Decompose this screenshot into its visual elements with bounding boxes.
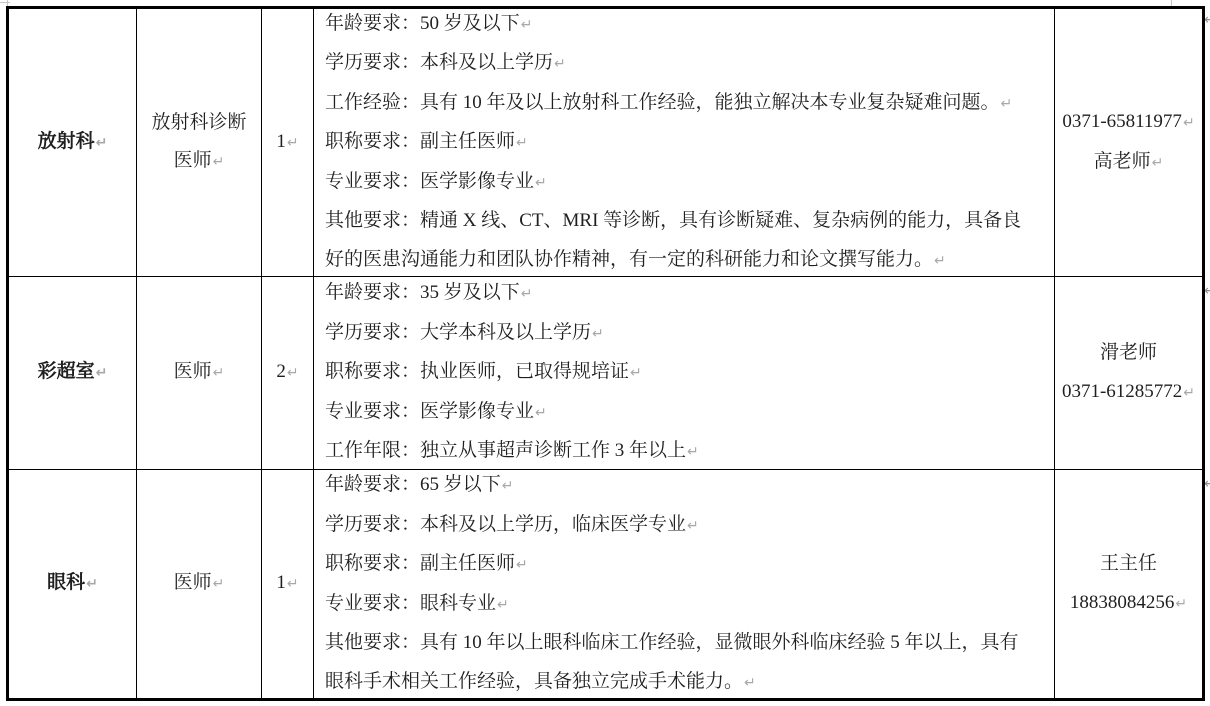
position-text: 医师 [174, 150, 212, 171]
requirement-line: 年龄要求：65 岁以下↵ [325, 470, 1048, 506]
contact-phone: 18838084256 [1070, 592, 1175, 613]
requirement-text: 专业要求：医学影像专业 [325, 171, 534, 192]
requirement-line: 学历要求：本科及以上学历，临床医学专业↵ [325, 506, 1048, 546]
contact-cell: 0371-65811977↵ 高老师↵ [1055, 9, 1202, 277]
paragraph-mark: ↵ [744, 675, 756, 691]
requirement-line: 专业要求：医学影像专业↵ [325, 393, 1048, 433]
requirements-cell: 年龄要求：50 岁及以下↵ 学历要求：本科及以上学历↵ 工作经验：具有 10 年… [314, 9, 1055, 277]
position-line: 放射科诊断 [151, 104, 246, 143]
requirement-text: 学历要求：大学本科及以上学历 [325, 322, 591, 343]
department-name: 彩超室↵ [38, 353, 108, 393]
paragraph-mark: ↵ [287, 135, 299, 151]
requirement-text: 职称要求：副主任医师 [325, 131, 515, 152]
paragraph-mark: ↵ [521, 286, 533, 302]
paragraph-mark: ↵ [502, 478, 514, 494]
requirement-text: 好的医患沟通能力和团队协作精神，有一定的科研能力和论文撰写能力。 [325, 249, 933, 270]
paragraph-mark: ↵ [96, 365, 108, 381]
paragraph-mark: ↵ [516, 135, 528, 151]
paragraph-mark: ↵ [86, 576, 98, 592]
margin-crop-mark-top-left-h [0, 2, 10, 3]
paragraph-mark: ↵ [516, 557, 528, 573]
requirement-text: 学历要求：本科及以上学历 [325, 52, 553, 73]
document-page: ↵ ↵ ↵ 放射科↵ 放射科诊断 医师↵ 1↵ 年龄要求：50 岁及以下↵ 学历… [0, 0, 1210, 706]
requirement-line: 专业要求：医学影像专业↵ [325, 163, 1048, 203]
requirement-text: 工作年限：独立从事超声诊断工作 3 年以上 [325, 440, 686, 461]
count-value: 2↵ [276, 353, 298, 393]
paragraph-mark: ↵ [1183, 115, 1195, 131]
contact-cell: 滑老师 0371-61285772↵ [1055, 277, 1202, 470]
requirement-text: 职称要求：执业医师，已取得规培证 [325, 361, 629, 382]
department-cell: 眼科↵ [9, 470, 137, 698]
requirement-line: 职称要求：副主任医师↵ [325, 123, 1048, 163]
requirement-text: 其他要求：精通 X 线、CT、MRI 等诊断，具有诊断疑难、复杂病例的能力，具备… [325, 210, 1021, 231]
requirement-text: 职称要求：副主任医师 [325, 553, 515, 574]
contact-person: 王主任 [1100, 553, 1157, 574]
count-cell: 1↵ [262, 470, 314, 698]
requirement-line: 其他要求：具有 10 年以上眼科临床工作经验，显微眼外科临床经验 5 年以上，具… [325, 624, 1048, 663]
requirement-line: 好的医患沟通能力和团队协作精神，有一定的科研能力和论文撰写能力。↵ [325, 241, 1048, 277]
requirement-text: 专业要求：医学影像专业 [325, 401, 534, 422]
paragraph-mark: ↵ [592, 326, 604, 342]
requirement-line: 其他要求：精通 X 线、CT、MRI 等诊断，具有诊断疑难、复杂病例的能力，具备… [325, 202, 1048, 241]
requirement-text: 年龄要求：50 岁及以下 [325, 13, 520, 34]
requirement-text: 学历要求：本科及以上学历，临床医学专业 [325, 514, 686, 535]
requirement-line: 眼科手术相关工作经验，具备独立完成手术能力。↵ [325, 663, 1048, 699]
requirements-cell: 年龄要求：65 岁以下↵ 学历要求：本科及以上学历，临床医学专业↵ 职称要求：副… [314, 470, 1055, 698]
department-text: 眼科 [47, 572, 85, 593]
department-name: 放射科↵ [38, 123, 108, 163]
contact-person: 滑老师 [1100, 342, 1157, 363]
requirement-line: 年龄要求：50 岁及以下↵ [325, 9, 1048, 44]
position-text: 医师 [174, 572, 212, 593]
recruitment-table: 放射科↵ 放射科诊断 医师↵ 1↵ 年龄要求：50 岁及以下↵ 学历要求：本科及… [6, 6, 1205, 701]
count-value: 1↵ [276, 123, 298, 163]
position-line: 医师↵ [174, 353, 225, 393]
department-name: 眼科↵ [47, 564, 98, 604]
department-cell: 放射科↵ [9, 9, 137, 277]
paragraph-mark: ↵ [687, 518, 699, 534]
contact-phone: 0371-65811977 [1062, 111, 1182, 132]
requirement-line: 职称要求：执业医师，已取得规培证↵ [325, 353, 1048, 393]
count-value: 1↵ [276, 564, 298, 604]
requirements-cell: 年龄要求：35 岁及以下↵ 学历要求：大学本科及以上学历↵ 职称要求：执业医师，… [314, 277, 1055, 470]
requirement-line: 学历要求：本科及以上学历↵ [325, 44, 1048, 84]
requirement-line: 年龄要求：35 岁及以下↵ [325, 277, 1048, 314]
contact-line: 滑老师 [1100, 334, 1157, 373]
paragraph-mark: ↵ [287, 365, 299, 381]
count-text: 2 [276, 361, 286, 382]
paragraph-mark: ↵ [1175, 596, 1187, 612]
paragraph-mark: ↵ [213, 365, 225, 381]
requirement-text: 专业要求：眼科专业 [325, 593, 496, 614]
paragraph-mark: ↵ [213, 154, 225, 170]
paragraph-mark: ↵ [521, 17, 533, 33]
position-cell: 医师↵ [137, 470, 262, 698]
paragraph-mark: ↵ [535, 175, 547, 191]
position-line: 医师↵ [174, 564, 225, 604]
requirement-line: 工作经验：具有 10 年及以上放射科工作经验，能独立解决本专业复杂疑难问题。↵ [325, 84, 1048, 124]
requirement-line: 职称要求：副主任医师↵ [325, 545, 1048, 585]
paragraph-mark: ↵ [535, 405, 547, 421]
requirement-text: 年龄要求：35 岁及以下 [325, 282, 520, 303]
paragraph-mark: ↵ [1152, 155, 1164, 171]
paragraph-mark: ↵ [213, 576, 225, 592]
contact-phone: 0371-61285772 [1062, 381, 1182, 402]
requirement-line: 学历要求：大学本科及以上学历↵ [325, 314, 1048, 354]
paragraph-mark: ↵ [630, 365, 642, 381]
requirement-line: 专业要求：眼科专业↵ [325, 585, 1048, 625]
contact-line: 0371-65811977↵ [1062, 103, 1194, 143]
paragraph-mark: ↵ [96, 135, 108, 151]
contact-cell: 王主任 18838084256↵ [1055, 470, 1202, 698]
position-text: 放射科诊断 [151, 112, 246, 133]
paragraph-mark: ↵ [687, 444, 699, 460]
count-text: 1 [276, 572, 286, 593]
paragraph-mark: ↵ [554, 56, 566, 72]
paragraph-mark: ↵ [287, 576, 299, 592]
requirement-text: 其他要求：具有 10 年以上眼科临床工作经验，显微眼外科临床经验 5 年以上，具… [325, 632, 1019, 653]
position-cell: 医师↵ [137, 277, 262, 470]
contact-line: 王主任 [1100, 545, 1157, 584]
requirement-text: 年龄要求：65 岁以下 [325, 474, 501, 495]
position-text: 医师 [174, 361, 212, 382]
position-line: 医师↵ [174, 142, 225, 182]
position-cell: 放射科诊断 医师↵ [137, 9, 262, 277]
paragraph-mark: ↵ [1183, 385, 1195, 401]
paragraph-mark: ↵ [497, 597, 509, 613]
requirement-text: 工作经验：具有 10 年及以上放射科工作经验，能独立解决本专业复杂疑难问题。 [325, 92, 1000, 113]
department-text: 放射科 [38, 131, 95, 152]
paragraph-mark: ↵ [1001, 96, 1013, 112]
count-cell: 2↵ [262, 277, 314, 470]
count-cell: 1↵ [262, 9, 314, 277]
department-cell: 彩超室↵ [9, 277, 137, 470]
contact-line: 0371-61285772↵ [1062, 373, 1195, 413]
department-text: 彩超室 [38, 361, 95, 382]
requirement-text: 眼科手术相关工作经验，具备独立完成手术能力。 [325, 671, 743, 692]
contact-person: 高老师 [1094, 151, 1151, 172]
contact-line: 18838084256↵ [1070, 584, 1187, 624]
contact-line: 高老师↵ [1094, 143, 1164, 183]
count-text: 1 [276, 131, 286, 152]
requirement-line: 工作年限：独立从事超声诊断工作 3 年以上↵ [325, 432, 1048, 470]
paragraph-mark: ↵ [934, 253, 946, 269]
